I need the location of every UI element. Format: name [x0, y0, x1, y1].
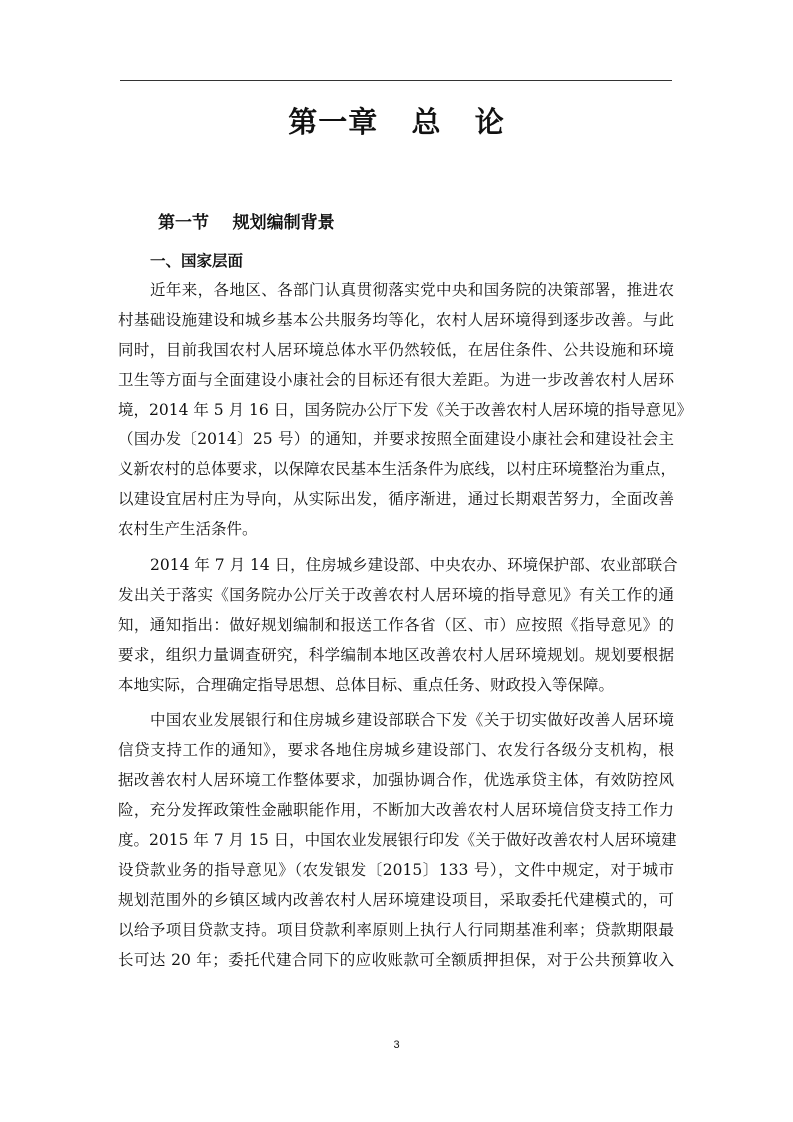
page-number: 3: [0, 1039, 793, 1051]
paragraph-2: 2014 年 7 月 14 日，住房城乡建设部、中央农办、环境保护部、农业部联合…: [118, 551, 674, 700]
text-line: 卫生等方面与全面建设小康社会的目标还有很大差距。为进一步改善农村人居环: [118, 366, 674, 396]
text-line: 长可达 20 年；委托代建合同下的应收账款可全额质押担保，对于公共预算收入: [118, 946, 674, 976]
text-line: 农村生产生活条件。: [118, 515, 674, 545]
text-line: 境，2014 年 5 月 16 日，国务院办公厅下发《关于改善农村人居环境的指导…: [118, 396, 674, 426]
text-line: 义新农村的总体要求，以保障农民基本生活条件为底线，以村庄环境整治为重点，: [118, 455, 674, 485]
text-line: 中国农业发展银行和住房城乡建设部联合下发《关于切实做好改善人居环境: [118, 706, 674, 736]
paragraph-3: 中国农业发展银行和住房城乡建设部联合下发《关于切实做好改善人居环境 信贷支持工作…: [118, 706, 674, 975]
text-line: 知，通知指出：做好规划编制和报送工作各省（区、市）应按照《指导意见》的: [118, 611, 674, 641]
chapter-title: 第一章 总 论: [0, 100, 793, 141]
text-line: （国办发〔2014〕25 号）的通知，并要求按照全面建设小康社会和建设社会主: [118, 425, 674, 455]
section-title: 第一节 规划编制背景: [158, 208, 335, 233]
header-rule: [120, 80, 672, 81]
text-line: 同时，目前我国农村人居环境总体水平仍然较低，在居住条件、公共设施和环境: [118, 336, 674, 366]
text-line: 据改善农村人居环境工作整体要求，加强协调合作，优选承贷主体，有效防控风: [118, 766, 674, 796]
text-line: 本地实际，合理确定指导思想、总体目标、重点任务、财政投入等保障。: [118, 671, 674, 701]
text-line: 以给予项目贷款支持。项目贷款利率原则上执行人行同期基准利率；贷款期限最: [118, 916, 674, 946]
text-line: 2014 年 7 月 14 日，住房城乡建设部、中央农办、环境保护部、农业部联合: [118, 551, 674, 581]
text-line: 险，充分发挥政策性金融职能作用，不断加大改善农村人居环境信贷支持工作力: [118, 796, 674, 826]
text-line: 以建设宜居村庄为导向，从实际出发，循序渐进，通过长期艰苦努力，全面改善: [118, 485, 674, 515]
text-line: 信贷支持工作的通知》，要求各地住房城乡建设部门、农发行各级分支机构，根: [118, 736, 674, 766]
subsection-title: 一、国家层面: [150, 249, 243, 271]
text-line: 发出关于落实《国务院办公厅关于改善农村人居环境的指导意见》有关工作的通: [118, 581, 674, 611]
text-line: 近年来，各地区、各部门认真贯彻落实党中央和国务院的决策部署，推进农: [118, 276, 674, 306]
text-line: 规划范围外的乡镇区域内改善农村人居环境建设项目，采取委托代建模式的，可: [118, 886, 674, 916]
text-line: 村基础设施建设和城乡基本公共服务均等化，农村人居环境得到逐步改善。与此: [118, 306, 674, 336]
text-line: 度。2015 年 7 月 15 日，中国农业发展银行印发《关于做好改善农村人居环…: [118, 826, 674, 856]
text-line: 要求，组织力量调查研究，科学编制本地区改善农村人居环境规划。规划要根据: [118, 641, 674, 671]
text-line: 设贷款业务的指导意见》（农发银发〔2015〕133 号），文件中规定，对于城市: [118, 856, 674, 886]
body-text: 近年来，各地区、各部门认真贯彻落实党中央和国务院的决策部署，推进农 村基础设施建…: [118, 276, 674, 975]
paragraph-1: 近年来，各地区、各部门认真贯彻落实党中央和国务院的决策部署，推进农 村基础设施建…: [118, 276, 674, 545]
